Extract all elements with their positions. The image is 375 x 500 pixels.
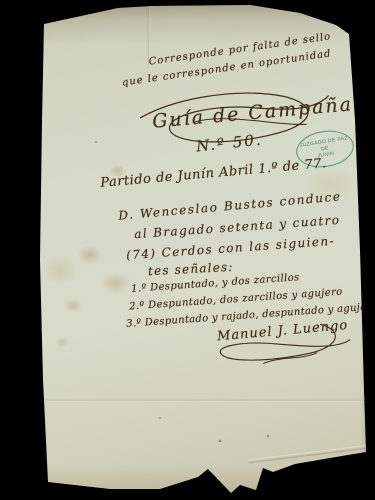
- photo-stage: Corresponde por falta de sello que le co…: [0, 0, 375, 500]
- fold-crease-middle: [44, 398, 362, 403]
- place-date-line: Partido de Junín Abril 1.º de 77.: [100, 156, 327, 191]
- fold-crease-bottom-right: [248, 445, 370, 464]
- paper-sheet: Corresponde por falta de sello que le co…: [0, 0, 375, 500]
- body-line-4: tes señales:: [148, 260, 234, 278]
